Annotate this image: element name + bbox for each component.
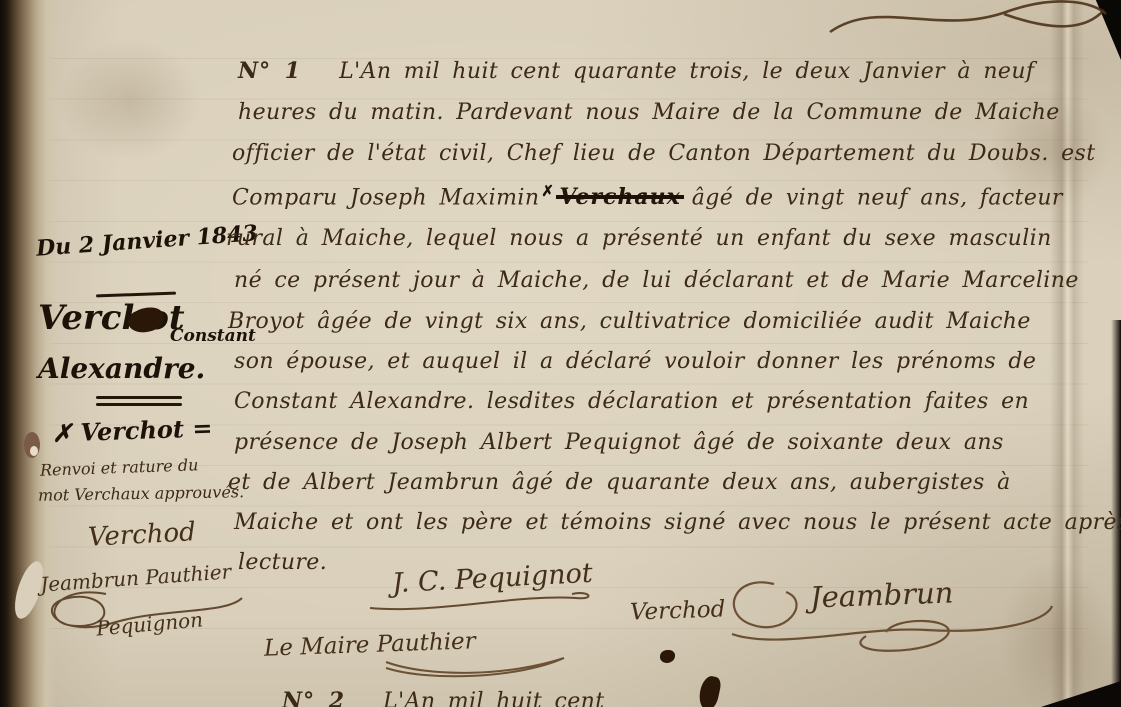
signature-mayor: Le Maire Pauthier bbox=[264, 628, 476, 661]
binding-stitch-hole bbox=[30, 446, 38, 456]
margin-signature-witnesses: Jeambrun Pauthier bbox=[39, 559, 232, 596]
act-line: officier de l'état civil, Chef lieu de C… bbox=[232, 141, 1096, 166]
margin-note-line1: Renvoi et rature du bbox=[40, 455, 199, 480]
next-act-number: N° 2 bbox=[282, 688, 345, 707]
margin-note-line2: mot Verchaux approuvés. bbox=[38, 482, 244, 505]
bleed-through-smudge bbox=[60, 40, 200, 160]
act-line: né ce présent jour à Maiche, de lui décl… bbox=[234, 268, 1079, 293]
act-line: et de Albert Jeambrun âgé de quarante de… bbox=[228, 470, 1011, 495]
margin-rule bbox=[96, 403, 182, 406]
insertion-mark: ✗ bbox=[541, 182, 554, 200]
act-line: son épouse, et auquel il a déclaré voulo… bbox=[234, 349, 1036, 374]
dark-corner-bottom-right bbox=[1041, 681, 1121, 707]
signature-pequignot: J. C. Pequignot bbox=[391, 558, 593, 599]
act-line: rural à Maiche, lequel nous a présenté u… bbox=[226, 226, 1052, 251]
margin-correction-ref: ✗ Verchot = bbox=[52, 413, 213, 448]
dark-corner-top-right bbox=[1085, 0, 1121, 60]
act-line: présence de Joseph Albert Pequignot âgé … bbox=[234, 430, 1004, 455]
act-line: Maiche et ont les père et témoins signé … bbox=[234, 510, 1121, 535]
act-line: Constant Alexandre. lesdites déclaration… bbox=[234, 389, 1029, 414]
signature-verchod: Verchod bbox=[630, 596, 726, 625]
partial-signature-flourish-top-right bbox=[828, 0, 1114, 44]
margin-rule bbox=[96, 396, 182, 399]
signature-flourish bbox=[380, 656, 570, 680]
ink-blot bbox=[697, 674, 723, 707]
register-page: Du 2 Janvier 1843 Verchot Constant Alexa… bbox=[0, 0, 1121, 707]
act-line: N° 1L'An mil huit cent quarante trois, l… bbox=[238, 58, 1034, 84]
margin-signature-verchod: Verchod bbox=[87, 517, 196, 553]
signature-jeambrun: Jeambrun bbox=[809, 576, 953, 615]
struck-word: Verchaux bbox=[556, 184, 683, 210]
act-number: N° 1 bbox=[238, 58, 301, 84]
act-line: Comparu Joseph Maximin✗Verchauxâgé de vi… bbox=[232, 182, 1063, 210]
ink-blot bbox=[660, 650, 675, 663]
margin-rule bbox=[96, 292, 176, 298]
act-line: Broyot âgée de vingt six ans, cultivatri… bbox=[228, 309, 1031, 334]
act-line: heures du matin. Pardevant nous Maire de… bbox=[238, 100, 1060, 125]
margin-given-name: Alexandre. bbox=[38, 352, 205, 385]
margin-signature-pequignon: Pequignon bbox=[95, 607, 204, 640]
act-line: lecture. bbox=[238, 550, 327, 575]
bleed-through-smudge bbox=[1000, 560, 1110, 707]
next-act-line: N° 2L'An mil huit cent bbox=[282, 688, 604, 707]
